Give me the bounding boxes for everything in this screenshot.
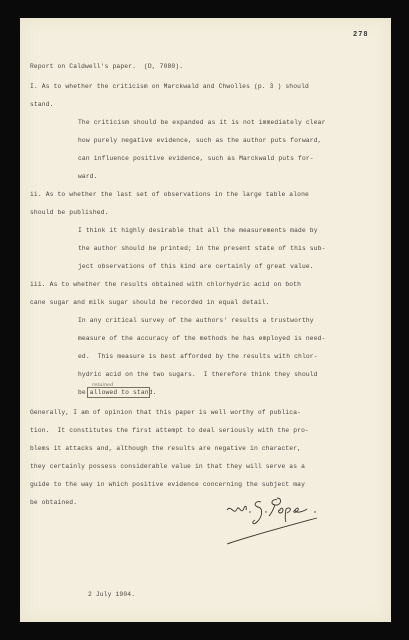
answer-1-line-2: how purely negative evidence, such as th…: [78, 138, 322, 144]
answer-3-line-4: hydric acid on the two sugars. I therefo…: [78, 372, 318, 378]
question-1-line-2: stand.: [30, 102, 54, 108]
conclusion-line-2: tion. It constitutes the first attempt t…: [30, 428, 309, 434]
answer-3-line-1: In any critical survey of the authors' r…: [78, 318, 314, 324]
conclusion-line-6: be obtained.: [30, 500, 77, 506]
question-1-line-1: I. As to whether the criticism on Marckw…: [30, 84, 309, 90]
answer-3-line-2: measure of the accuracy of the methods h…: [78, 336, 326, 342]
signature: W. J. Pope.: [225, 496, 345, 556]
answer-1-line-3: can influence positive evidence, such as…: [78, 156, 314, 162]
answer-3-line-3: ed. This measure is best afforded by the…: [78, 354, 318, 360]
answer-1-line-4: ward.: [78, 174, 98, 180]
boxed-phrase-mark: [87, 387, 150, 398]
conclusion-line-5: guide to the way in which positive evide…: [30, 482, 305, 488]
conclusion-line-3: blems it attacks and, although the resul…: [30, 446, 301, 452]
answer-2-line-3: ject observations of this kind are certa…: [78, 264, 314, 270]
document-page: 278 Report on Caldwell's paper. (D, 7080…: [20, 18, 391, 622]
question-2-line-1: ii. As to whether the last set of observ…: [30, 192, 309, 198]
conclusion-line-4: they certainly possess considerable valu…: [30, 464, 305, 470]
question-3-line-1: iii. As to whether the results obtained …: [30, 282, 301, 288]
question-3-line-2: cane sugar and milk sugar should be reco…: [30, 300, 270, 306]
date: 2 July 1904.: [88, 592, 135, 598]
conclusion-line-1: Generally, I am of opinion that this pap…: [30, 410, 301, 416]
page-number: 278: [353, 32, 369, 39]
answer-2-line-2: the author should be printed; in the pre…: [78, 246, 326, 252]
answer-2-line-1: I think it highly desirable that all the…: [78, 228, 318, 234]
document-title: Report on Caldwell's paper. (D, 7080).: [30, 64, 183, 70]
question-2-line-2: should be published.: [30, 210, 109, 216]
answer-1-line-1: The criticism should be expanded as it i…: [78, 120, 326, 126]
